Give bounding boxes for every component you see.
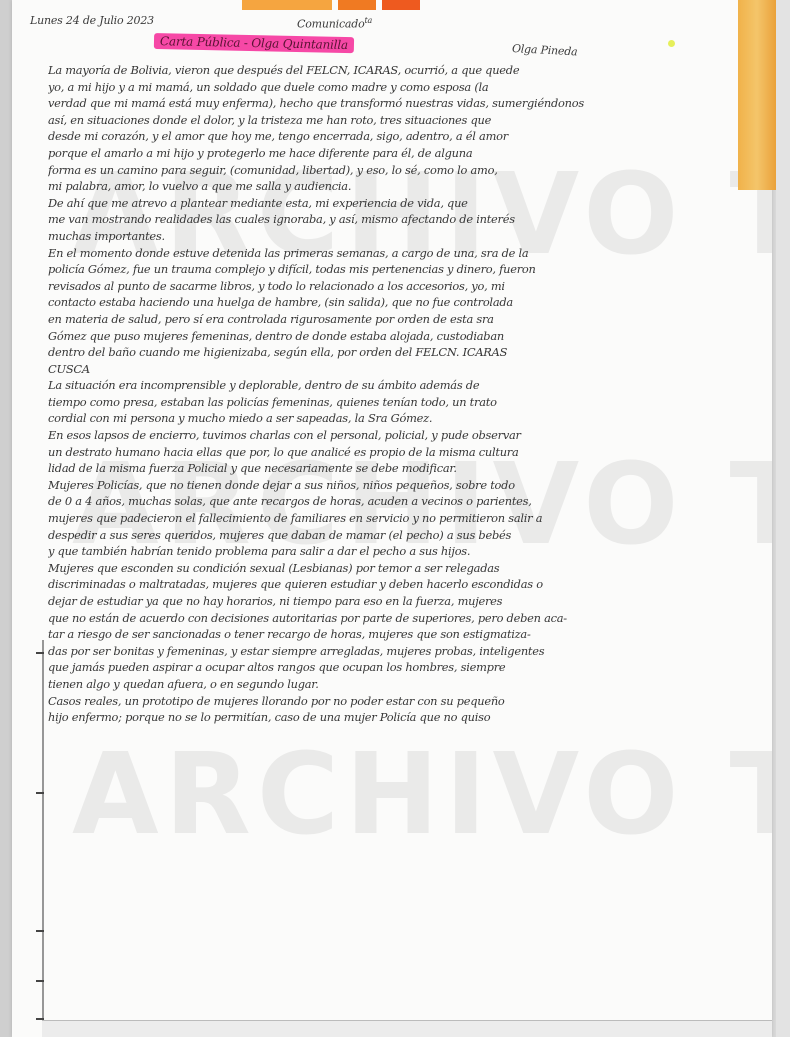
letter-header-center: Comunicadota [297, 16, 372, 31]
body-line: y que también habrían tenido problema pa… [48, 543, 768, 560]
tape-block-1 [242, 0, 332, 10]
yellow-highlighter-dot [668, 40, 675, 47]
body-line: tienen algo y quedan afuera, o en segund… [48, 676, 768, 693]
tape-block-3 [382, 0, 420, 10]
body-line: En esos lapsos de encierro, tuvimos char… [48, 427, 768, 444]
letter-body: La mayoría de Bolivia, vieron que despué… [48, 62, 768, 726]
body-line: dejar de estudiar ya que no hay horarios… [48, 593, 768, 610]
body-line: De ahí que me atrevo a plantear mediante… [48, 195, 768, 212]
body-line: tiempo como presa, estaban las policías … [48, 394, 768, 411]
title-highlight: Carta Pública - Olga Quintanilla [154, 33, 354, 53]
body-line: me van mostrando realidades las cuales i… [48, 211, 768, 228]
body-line: verdad que mi mamá está muy enferma), he… [48, 95, 768, 112]
header-superscript: ta [365, 16, 373, 25]
orange-folder-edge [738, 0, 776, 190]
photo-background-right [776, 0, 790, 1037]
body-line: CUSCA [48, 361, 768, 378]
body-line: lidad de la misma fuerza Policial y que … [48, 460, 768, 477]
body-line: discriminadas o maltratadas, mujeres que… [48, 576, 768, 593]
watermark: ARCHIVO TAG [72, 730, 772, 860]
margin-mark [36, 980, 44, 982]
body-line: contacto estaba haciendo una huelga de h… [48, 294, 768, 311]
body-line: En el momento donde estuve detenida las … [48, 245, 768, 262]
body-line: desde mi corazón, y el amor que hoy me, … [48, 128, 768, 145]
body-line: mi palabra, amor, lo vuelvo a que me sal… [48, 178, 768, 195]
body-line: muchas importantes. [48, 228, 768, 245]
body-line: Mujeres Policías, que no tienen donde de… [48, 477, 768, 494]
letter-signature-header: Olga Pineda [512, 42, 578, 58]
orange-tape-blocks [242, 0, 420, 10]
body-line: dentro del baño cuando me higienizaba, s… [48, 344, 768, 361]
body-line: en materia de salud, pero sí era control… [48, 311, 768, 328]
header-center-text: Comunicado [297, 18, 365, 31]
body-line: policía Gómez, fue un trauma complejo y … [48, 261, 768, 278]
body-line: cordial con mi persona y mucho miedo a s… [48, 410, 768, 427]
body-line: hijo enfermo; porque no se lo permitían,… [48, 709, 768, 726]
body-line: así, en situaciones donde el dolor, y la… [48, 112, 768, 129]
margin-mark [36, 792, 44, 794]
body-line: Mujeres que esconden su condición sexual… [48, 560, 768, 577]
body-line: porque el amarlo a mi hijo y protegerlo … [48, 145, 768, 162]
letter-paper: ARCHIVO TAG ARCHIVO TAG ARCHIVO TAG Lune… [12, 0, 772, 1037]
margin-line [42, 640, 44, 1020]
next-page-edge [42, 1020, 772, 1037]
body-line: de 0 a 4 años, muchas solas, que ante re… [48, 493, 768, 510]
body-line: que no están de acuerdo con decisiones a… [48, 610, 768, 627]
tape-block-2 [338, 0, 376, 10]
body-line: forma es un camino para seguir, (comunid… [48, 162, 768, 179]
body-line: revisados al punto de sacarme libros, y … [48, 278, 768, 295]
photo-background-left [0, 0, 12, 1037]
margin-mark [36, 930, 44, 932]
body-line: que jamás pueden aspirar a ocupar altos … [48, 659, 768, 676]
body-line: un destrato humano hacia ellas que por, … [48, 444, 768, 461]
body-line: das por ser bonitas y femeninas, y estar… [48, 643, 768, 660]
body-line: Gómez que puso mujeres femeninas, dentro… [48, 328, 768, 345]
body-line: mujeres que padecieron el fallecimiento … [48, 510, 768, 527]
body-line: La mayoría de Bolivia, vieron que despué… [48, 62, 768, 79]
letter-date: Lunes 24 de Julio 2023 [30, 14, 154, 27]
body-line: yo, a mi hijo y a mi mamá, un soldado qu… [48, 79, 768, 96]
body-line: tar a riesgo de ser sancionadas o tener … [48, 626, 768, 643]
body-line: despedir a sus seres queridos, mujeres q… [48, 527, 768, 544]
body-line: Casos reales, un prototipo de mujeres ll… [48, 693, 768, 710]
letter-title: Carta Pública - Olga Quintanilla [154, 34, 354, 52]
margin-mark [36, 652, 44, 654]
body-line: La situación era incomprensible y deplor… [48, 377, 768, 394]
